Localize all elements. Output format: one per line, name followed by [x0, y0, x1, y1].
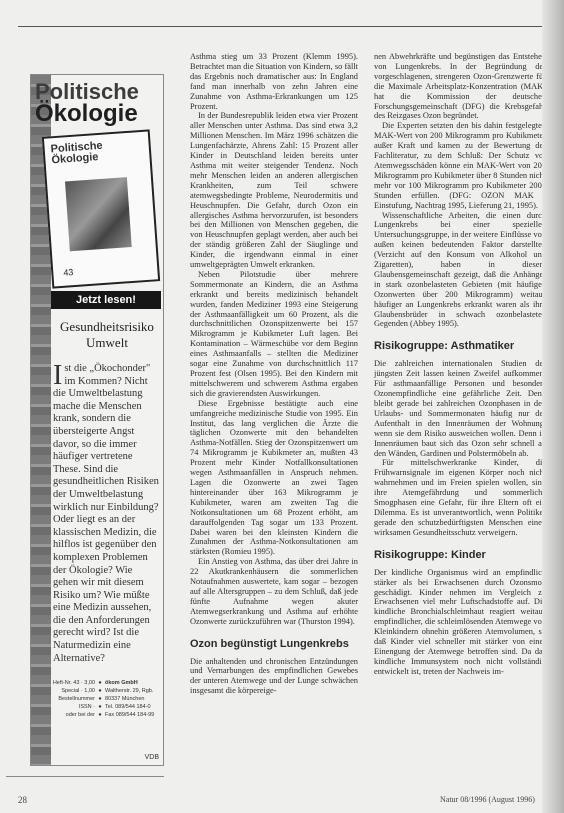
- ad-title-line2: Ökologie: [35, 103, 139, 125]
- address-line: Waltherstr. 29, Rgb.: [105, 687, 161, 695]
- vdb-logo: VDB: [145, 754, 159, 761]
- cover-photo: [65, 177, 132, 251]
- address-line: Fax 089/544 184-99: [105, 711, 161, 719]
- page-edge-shadow: [542, 0, 564, 813]
- order-line: Special · 1,00: [45, 687, 95, 695]
- paragraph: Asthma stieg um 33 Prozent (Klemm 1995).…: [190, 52, 358, 111]
- order-line: oder bei der: [45, 711, 95, 719]
- section-heading: Ozon begünstigt Lungenkrebs: [190, 637, 358, 651]
- magazine-cover-image: Politische Ökologie 43: [42, 129, 160, 288]
- order-line: Bestellnummer: [45, 695, 95, 703]
- section-heading: Risikogruppe: Asthmatiker: [374, 339, 546, 353]
- ad-body-text: I st die „Ökochonder" im Kommen? Nicht d…: [53, 363, 159, 665]
- address-line: 80337 München: [105, 695, 161, 703]
- order-line: Heft-Nr. 43 · 3,00: [45, 679, 95, 687]
- ad-title: Politische Ökologie: [35, 81, 139, 125]
- paragraph: Die zahlreichen internationalen Studien …: [374, 359, 546, 458]
- cover-issue-number: 43: [63, 267, 74, 278]
- section-heading: Risikogruppe: Kinder: [374, 548, 546, 562]
- ad-body-copy: st die „Ökochonder" im Kommen? Nicht die…: [53, 363, 159, 664]
- ad-order-info: Heft-Nr. 43 · 3,00 Special · 1,00 Bestel…: [45, 679, 95, 719]
- paragraph: Für mittelschwerkranke Kinder, die Frühw…: [374, 458, 546, 537]
- paragraph: Ein Anstieg von Asthma, das über drei Ja…: [190, 557, 358, 626]
- paragraph: nen Abwehrkräfte und begünstigen das Ent…: [374, 52, 546, 121]
- paragraph: Die anhaltenden und chronischen Entzündu…: [190, 657, 358, 697]
- paragraph: Der kindliche Organismus wird an empfind…: [374, 568, 546, 677]
- paragraph: Die Experten setzten den bis dahin festg…: [374, 121, 546, 210]
- address-line: ökom GmbH: [105, 679, 161, 687]
- cover-title: Politische Ökologie: [50, 138, 149, 167]
- page-footer: Natur 08/1996 (August 1996): [440, 795, 535, 804]
- page-number: 28: [18, 795, 27, 805]
- ad-contact-block: Heft-Nr. 43 · 3,00 Special · 1,00 Bestel…: [45, 679, 161, 719]
- drop-cap: I: [53, 364, 62, 388]
- paragraph: In der Bundesrepublik leiden etwa vier P…: [190, 111, 358, 270]
- address-line: Tel. 089/544 184-0: [105, 703, 161, 711]
- jetzt-lesen-banner: Jetzt lesen!: [51, 291, 161, 309]
- article-column-1: Asthma stieg um 33 Prozent (Klemm 1995).…: [190, 52, 358, 696]
- paragraph: Diese Ergebnisse bestätigte auch eine um…: [190, 399, 358, 558]
- order-line: ISSN ·: [45, 703, 95, 711]
- paragraph: Wissenschaftliche Arbeiten, die einen du…: [374, 211, 546, 330]
- paragraph: Neben Pilotstudie über mehrere Sommermon…: [190, 270, 358, 399]
- ad-publisher-address: ökom GmbH Waltherstr. 29, Rgb. 80337 Mün…: [105, 679, 161, 719]
- bottom-rule: [6, 776, 164, 777]
- top-rule: [18, 26, 546, 27]
- advertisement-politische-oekologie: Politische Ökologie Politische Ökologie …: [30, 74, 164, 766]
- article-column-2: nen Abwehrkräfte und begünstigen das Ent…: [374, 52, 546, 677]
- bullet-dots: ●●●●●: [95, 679, 105, 719]
- ad-headline: Gesundheitsrisiko Umwelt: [53, 319, 161, 351]
